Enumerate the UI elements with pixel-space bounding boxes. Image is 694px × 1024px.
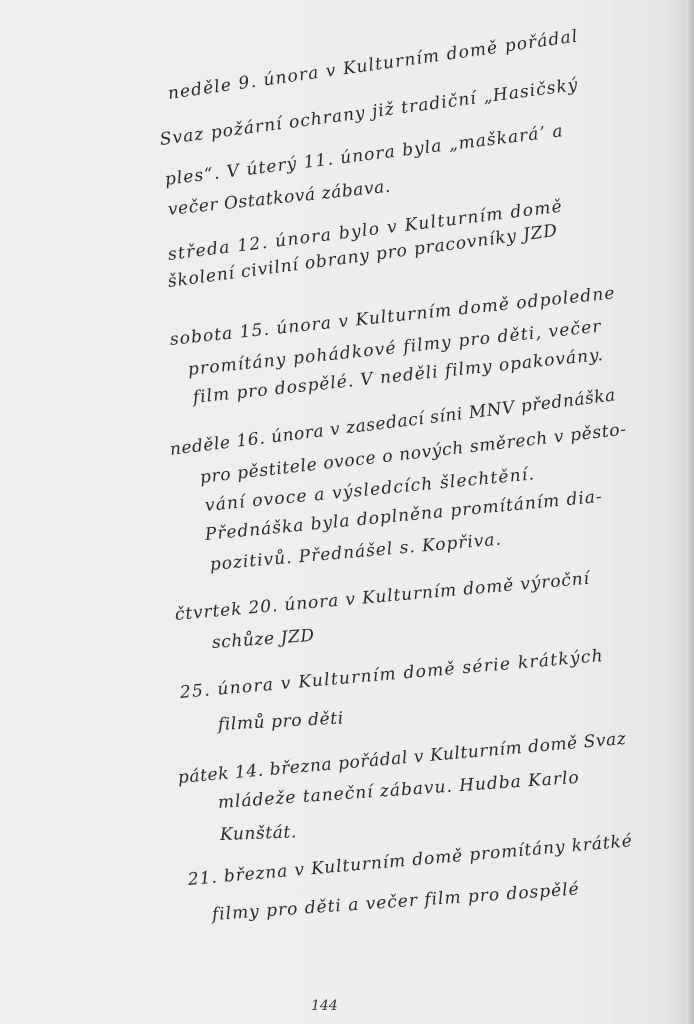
entry-6-line-1: 25. února v Kulturním domě série krátkýc… <box>179 646 604 703</box>
page-edge-shadow <box>686 0 694 1024</box>
entry-6-line-2: filmů pro děti <box>217 708 344 735</box>
entry-5-line-1: čtvrtek 20. února v Kulturním domě výroč… <box>174 569 591 625</box>
scanned-page: neděle 9. února v Kulturním domě pořádal… <box>0 0 694 1024</box>
entry-5-line-2: schůze JZD <box>211 626 315 653</box>
page-number: 144 <box>311 998 338 1014</box>
entry-7-line-3: Kunštát. <box>220 822 298 845</box>
entry-8-line-2: filmy pro děti a večer film pro dospělé <box>211 879 580 925</box>
